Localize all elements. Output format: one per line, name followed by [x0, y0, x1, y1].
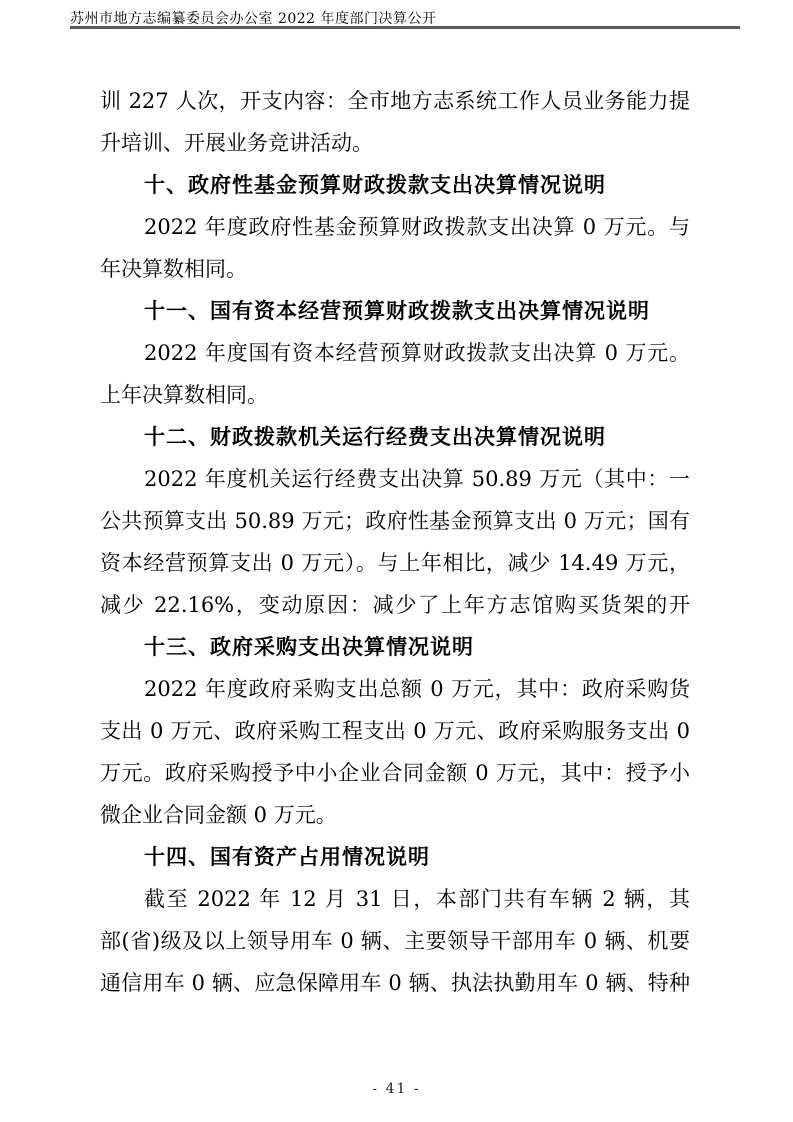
- text-line-10-1: 部(省)级及以上领导用车 0 辆、主要领导干部用车 0 辆、机要: [100, 920, 690, 962]
- text-line-8-1: 支出 0 万元、政府采购工程支出 0 万元、政府采购服务支出 0: [100, 710, 690, 752]
- text-line-4-0: 2022 年度国有资本经营预算财政拨款支出决算 0 万元。与: [100, 332, 690, 374]
- section-heading-5-0: 十二、财政拨款机关运行经费支出决算情况说明: [100, 416, 690, 458]
- text-line-8-2: 万元。政府采购授予中小企业合同金额 0 万元，其中：授予小: [100, 752, 690, 794]
- text-line-8-3: 微企业合同金额 0 万元。: [100, 794, 690, 836]
- header-divider-rule: [70, 26, 740, 29]
- text-line-6-1: 公共预算支出 50.89 万元；政府性基金预算支出 0 万元；国有: [100, 500, 690, 542]
- page-number: - 41 -: [0, 1081, 793, 1097]
- text-line-10-2: 通信用车 0 辆、应急保障用车 0 辆、执法执勤用车 0 辆、特种: [100, 962, 690, 1004]
- page-header-title: 苏州市地方志编纂委员会办公室 2022 年度部门决算公开: [70, 11, 437, 27]
- text-line-4-1: 上年决算数相同。: [100, 374, 690, 416]
- text-line-2-1: 年决算数相同。: [100, 248, 690, 290]
- text-line-0-1: 升培训、开展业务竞讲活动。: [100, 122, 690, 164]
- document-page: 苏州市地方志编纂委员会办公室 2022 年度部门决算公开 训 227 人次，开支…: [0, 0, 793, 1122]
- text-line-6-3: 减少 22.16%，变动原因：减少了上年方志馆购买货架的开支。: [100, 584, 690, 626]
- section-heading-7-0: 十三、政府采购支出决算情况说明: [100, 626, 690, 668]
- text-line-6-0: 2022 年度机关运行经费支出决算 50.89 万元（其中：一般: [100, 458, 690, 500]
- text-line-2-0: 2022 年度政府性基金预算财政拨款支出决算 0 万元。与上: [100, 206, 690, 248]
- text-line-6-2: 资本经营预算支出 0 万元）。与上年相比，减少 14.49 万元，: [100, 542, 690, 584]
- section-heading-9-0: 十四、国有资产占用情况说明: [100, 836, 690, 878]
- text-line-8-0: 2022 年度政府采购支出总额 0 万元，其中：政府采购货物: [100, 668, 690, 710]
- text-line-10-0: 截至 2022 年 12 月 31 日，本部门共有车辆 2 辆，其中：副: [100, 878, 690, 920]
- document-body: 训 227 人次，开支内容：全市地方志系统工作人员业务能力提升培训、开展业务竞讲…: [100, 80, 690, 1004]
- section-heading-1-0: 十、政府性基金预算财政拨款支出决算情况说明: [100, 164, 690, 206]
- text-line-0-0: 训 227 人次，开支内容：全市地方志系统工作人员业务能力提: [100, 80, 690, 122]
- section-heading-3-0: 十一、国有资本经营预算财政拨款支出决算情况说明: [100, 290, 690, 332]
